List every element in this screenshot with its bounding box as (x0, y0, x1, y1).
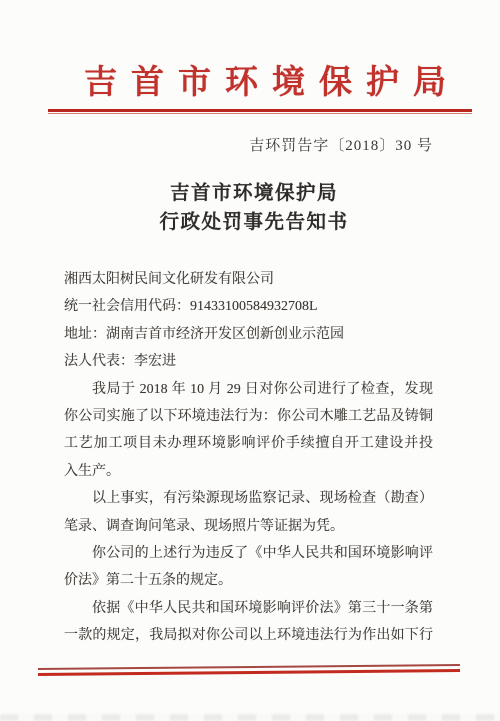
document-title-line1: 吉首市环境保护局 (8, 180, 500, 209)
body-line: 地址：湖南吉首市经济开发区创新创业示范园 (64, 321, 433, 348)
document-page: 吉首市环境保护局 吉环罚告字〔2018〕30 号 吉首市环境保护局 行政处罚事先… (0, 0, 500, 721)
document-title: 吉首市环境保护局 行政处罚事先告知书 (0, 180, 500, 237)
agency-masthead: 吉首市环境保护局 (0, 56, 500, 103)
body-line: 工艺加工项目未办理环境影响评价手续擅自开工建设并投 (64, 430, 433, 457)
header-divider (48, 109, 472, 114)
header-divider-thick-line (48, 109, 472, 112)
body-line: 笔录、调查询问笔录、现场照片等证据为凭。 (64, 513, 433, 540)
body-line: 一款的规定，我局拟对你公司以上环境违法行为作出如下行 (64, 622, 433, 649)
footer-divider-thick-line (38, 668, 460, 675)
scan-artifact (0, 714, 500, 721)
body-line: 我局于 2018 年 10 月 29 日对你公司进行了检查，发现 (64, 376, 433, 403)
body-line: 以上事实，有污染源现场监察记录、现场检查（勘查） (64, 485, 433, 512)
body-line: 你公司实施了以下环境违法行为：你公司木雕工艺品及铸铜 (64, 403, 433, 430)
document-number: 吉环罚告字〔2018〕30 号 (0, 134, 433, 155)
body-line: 湘西太阳树民间文化研发有限公司 (64, 266, 433, 293)
body-line: 依据《中华人民共和国环境影响评价法》第三十一条第 (64, 595, 433, 622)
document-title-line2: 行政处罚事先告知书 (8, 209, 500, 238)
body-line: 价法》第二十五条的规定。 (64, 567, 433, 594)
body-line: 入生产。 (64, 458, 433, 485)
body-line: 你公司的上述行为违反了《中华人民共和国环境影响评 (64, 540, 433, 567)
footer-divider (38, 664, 460, 676)
document-body: 湘西太阳树民间文化研发有限公司统一社会信用代码：9143310058493270… (64, 266, 433, 650)
body-line: 法人代表：李宏进 (64, 348, 433, 375)
header-divider-thin-line (48, 113, 472, 114)
body-line: 统一社会信用代码：91433100584932708L (64, 293, 433, 320)
